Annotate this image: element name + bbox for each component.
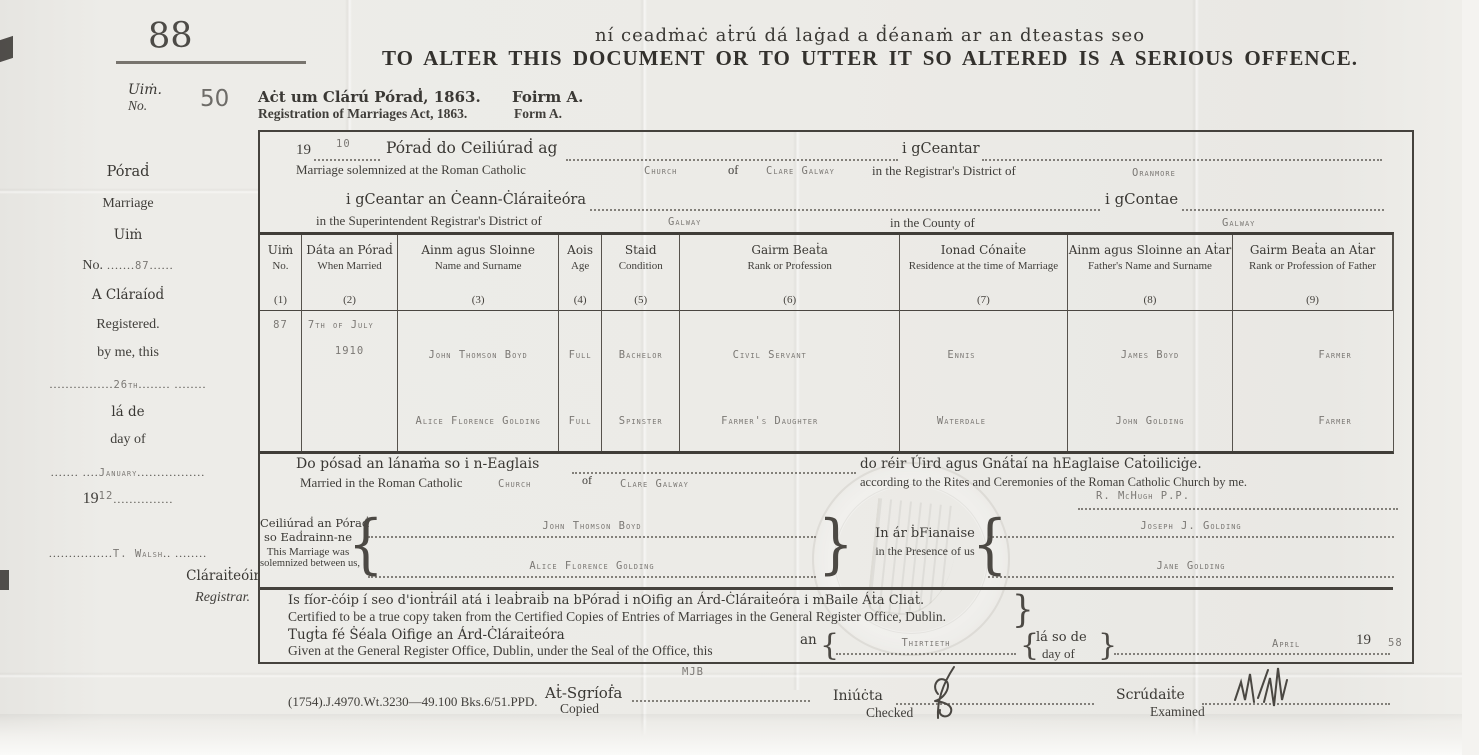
checked-label-irish: Iniúċta	[833, 688, 883, 704]
bride-father-profession: Farmer	[1277, 415, 1393, 427]
header-english: Residence at the time of Marriage	[900, 260, 1067, 273]
cell-residence: Ennis Waterdale	[900, 311, 1068, 451]
given-irish: Tugṫa fé Ṡéala Oifige an Árd-Ċláraiṫeóra	[288, 627, 565, 643]
bride-residence: Waterdale	[856, 415, 1067, 427]
parties-label-irish-1: Ceiliúraḋ an Póraḋ	[260, 516, 356, 530]
leader-dots: ................	[49, 546, 113, 560]
form-rule	[1202, 703, 1390, 705]
corner-no-value: 50	[200, 86, 229, 112]
rites-english-b: according to the Rites and Ceremonies of…	[860, 475, 1247, 490]
act-title-english: Registration of Marriages Act, 1863.	[258, 106, 467, 122]
cell-father-profession: Farmer Farmer	[1233, 311, 1393, 451]
signature-rule	[368, 536, 816, 538]
church-word: Church	[498, 478, 531, 490]
scan-right-edge	[1462, 0, 1479, 755]
given-year-value: 58	[1388, 637, 1403, 649]
margin-registered-day-line: ................26th........ ........	[40, 375, 216, 393]
certification-irish: Is fíor-ċóip í seo d'ionṫráil atá i leaḃ…	[288, 593, 924, 608]
form-rule	[590, 209, 1100, 211]
header-number: (9)	[1233, 294, 1392, 306]
bride-name: Alice Florence Golding	[398, 415, 558, 427]
cell-father-name: James Boyd John Golding	[1068, 311, 1233, 451]
margin-day-of-english: day of	[40, 432, 216, 448]
copied-label-irish: Aṫ-Sgríoḟa	[545, 684, 622, 702]
leader-dots: .......	[107, 258, 135, 272]
signature-rule	[988, 576, 1394, 578]
registrars-district: Oranmore	[1132, 167, 1176, 179]
paper-bottom-edge	[0, 714, 1479, 755]
form-rule	[572, 472, 856, 474]
header-number: (3)	[398, 294, 558, 306]
solemnized-english-1a: Marriage solemnized at the Roman Catholi…	[296, 162, 526, 178]
solemnized-irish-1a: Póraḋ do Ceiliúraḋ ag	[386, 139, 557, 157]
marriage-certificate-scan: 88 Uiṁ. No. 50 ní ceadṁaċ aṫrú dá laġad …	[0, 0, 1479, 755]
cell-condition: Bachelor Spinster	[602, 311, 680, 451]
witness-2-signature: Jane Golding	[988, 560, 1394, 572]
header-english: Condition	[602, 260, 679, 273]
header-irish: Ionad Cónaiṫe	[900, 244, 1067, 258]
county-value: Galway	[1222, 217, 1255, 229]
certification-english: Certified to be a true copy taken from t…	[288, 609, 946, 625]
close-brace	[818, 507, 854, 582]
act-title-irish: Aċt um Clárú Póraḋ, 1863.	[258, 88, 481, 106]
margin-registered-month-line: ....... ....January.................	[40, 463, 216, 481]
header-number: (2)	[302, 294, 397, 306]
column-header: AoisAge(4)	[559, 235, 602, 311]
leader-dots: ................	[49, 377, 113, 391]
form-rule	[1182, 209, 1384, 211]
warning-english: TO ALTER THIS DOCUMENT OR TO UTTER IT SO…	[380, 46, 1360, 71]
header-english: Name and Surname	[398, 260, 558, 273]
cell-entry-no: 87	[260, 311, 302, 451]
margin-marriage-irish: Póraḋ	[40, 164, 216, 180]
column-header: Ainm agus SloinneName and Surname(3)	[398, 235, 559, 311]
signature-rule	[368, 576, 816, 578]
rites-english-a: Married in the Roman Catholic	[300, 475, 462, 491]
given-year-prefix: 19	[1356, 632, 1371, 649]
copied-initials: MJB	[682, 666, 704, 678]
bride-age: Full	[559, 415, 601, 427]
header-english: Rank or Profession	[680, 260, 899, 273]
given-english: Given at the General Register Office, Du…	[288, 643, 713, 659]
margin-entry-no-value: 87	[135, 260, 150, 272]
groom-name: John Thomson Boyd	[398, 349, 558, 361]
la-so-de-irish: lá so de	[1036, 630, 1087, 645]
superintendent-district: Galway	[668, 216, 701, 228]
checked-label-english: Checked	[866, 705, 913, 721]
church-name: Clare Galway	[766, 165, 835, 177]
margin-marriage-english: Marriage	[40, 196, 216, 212]
rites-irish-a: Do pósaḋ an lánaṁa so i n-Eaglais	[296, 456, 539, 472]
rites-irish-b: do réir Úird agus Gnáṫaí na hEaglaise Ca…	[860, 456, 1202, 472]
close-brace	[1098, 628, 1117, 663]
cell-profession: Civil Servant Farmer's Daughter	[680, 311, 900, 451]
header-english: Age	[559, 260, 601, 273]
paper-crease	[0, 188, 258, 194]
header-number: (7)	[900, 294, 1067, 306]
header-irish: Gairm Beaṫa	[680, 244, 899, 258]
scan-artifact	[0, 36, 13, 62]
margin-no-english: No.	[82, 258, 103, 273]
year-prefix: 19	[83, 490, 99, 507]
groom-father-profession: Farmer	[1277, 349, 1393, 361]
of-word: of	[728, 163, 738, 178]
margin-by-me-this: by me, this	[40, 345, 216, 361]
given-day-value: Thirtieth	[836, 637, 1016, 649]
section-rule	[260, 587, 1393, 590]
column-header: Gairm Beaṫa an AṫarRank or Profession of…	[1233, 235, 1393, 311]
entry-no: 87	[260, 319, 301, 331]
examined-label-irish: Scrúdaiṫe	[1116, 687, 1185, 703]
corner-no-label-irish: Uiṁ.	[128, 82, 162, 98]
header-english: Rank or Profession of Father	[1233, 260, 1392, 273]
leader-dots: ....... ....	[51, 465, 99, 479]
form-rule	[982, 159, 1382, 161]
header-english: When Married	[302, 260, 397, 273]
act-form-irish: Foirm A.	[512, 88, 583, 106]
parties-label: Ceiliúraḋ an Póraḋ so Eaḋrainn-ne This M…	[260, 516, 356, 569]
solemnized-irish-2a: i gCeantar an Ċeann-Ċláraiṫeóra	[346, 192, 586, 208]
column-header: Dáta an PóraḋWhen Married(2)	[302, 235, 398, 311]
registered-month-value: January	[99, 467, 138, 479]
parties-label-irish-2: so Eaḋrainn-ne	[260, 530, 356, 544]
checked-signature	[922, 664, 972, 722]
solemnized-irish-1b: i gCeantar	[902, 141, 980, 157]
parties-label-english-2: solemnized between us,	[260, 558, 356, 569]
header-number: (8)	[1068, 294, 1232, 306]
certificate-box: 19 10 Póraḋ do Ceiliúraḋ ag i gCeantar M…	[258, 130, 1414, 664]
margin-registered-year-line: 1912...............	[40, 490, 216, 508]
leader-dots: .. ........	[163, 546, 207, 560]
leader-dots: .................	[137, 465, 205, 479]
margin-la-de-irish: lá de	[40, 404, 216, 420]
solemnized-year-prefix: 19	[296, 142, 311, 159]
leader-dots: ...............	[113, 492, 173, 506]
header-english: No.	[260, 260, 301, 273]
parties-label-english-1: This Marriage was	[260, 546, 356, 558]
margin-registrar-irish: Cláraiṫeóir	[110, 568, 260, 584]
form-rule	[566, 159, 898, 161]
header-irish: Staid	[602, 244, 679, 258]
examined-signature	[1232, 662, 1296, 714]
solemnized-english-1b: in the Registrar's District of	[872, 163, 1016, 179]
registrar-signature: T. Walsh	[113, 548, 163, 560]
header-number: (4)	[559, 294, 601, 306]
handwritten-sheet-number: 88	[147, 15, 193, 56]
margin-registrar-english: Registrar.	[110, 590, 250, 606]
given-month-value: April	[1272, 638, 1300, 650]
examined-label-english: Examined	[1150, 704, 1205, 720]
header-irish: Ainm agus Sloinne	[398, 244, 558, 258]
header-number: (1)	[260, 294, 301, 306]
column-header: StaidCondition(5)	[602, 235, 680, 311]
when-married-year: 1910	[302, 345, 397, 357]
cell-age: Full Full	[559, 311, 602, 451]
form-rule	[1078, 508, 1398, 510]
bride-signature: Alice Florence Golding	[368, 560, 816, 572]
groom-age: Full	[559, 349, 601, 361]
corner-no-label-english: No.	[128, 98, 147, 114]
register-table: UiṁNo.(1) Dáta an PóraḋWhen Married(2) A…	[260, 232, 1394, 454]
column-header: Gairm BeaṫaRank or Profession(6)	[680, 235, 900, 311]
groom-signature: John Thomson Boyd	[368, 520, 816, 532]
header-irish: Aois	[559, 244, 601, 258]
copied-label-english: Copied	[560, 701, 599, 717]
form-rule	[836, 653, 1016, 655]
solemnized-english-2b: in the County of	[890, 215, 975, 231]
of-word: of	[582, 473, 592, 488]
registered-year-value: 12	[99, 490, 114, 502]
scan-artifact	[0, 570, 9, 590]
corner-rule	[116, 61, 306, 64]
form-rule	[632, 700, 810, 702]
church-name: Clare Galway	[620, 478, 689, 490]
celebrant-signature: R. McHugh P.P.	[1096, 490, 1190, 502]
cell-when-married: 7th of July 1910	[302, 311, 398, 451]
cell-name: John Thomson Boyd Alice Florence Golding	[398, 311, 559, 451]
margin-no-irish: Uiṁ	[40, 227, 216, 243]
solemnized-english-2a: in the Superintendent Registrar's Distri…	[316, 213, 542, 229]
groom-residence: Ennis	[856, 349, 1067, 361]
church-word: Church	[644, 165, 677, 177]
warning-irish: ní ceadṁaċ aṫrú dá laġad a ḋéanaṁ ar an …	[450, 25, 1290, 46]
column-header: Ainm agus Sloinne an AṫarFather's Name a…	[1068, 235, 1233, 311]
column-header: Ionad CónaiṫeResidence at the time of Ma…	[900, 235, 1068, 311]
leader-dots: ......	[150, 258, 174, 272]
day-of-english: day of	[1042, 646, 1075, 662]
header-irish: Uiṁ	[260, 244, 301, 258]
solemnized-irish-2b: i gContae	[1105, 190, 1178, 208]
signature-rule	[988, 536, 1394, 538]
header-irish: Gairm Beaṫa an Aṫar	[1233, 244, 1392, 258]
header-number: (6)	[680, 294, 899, 306]
margin-registrar-signature-line: ................T. Walsh.. ........	[40, 544, 216, 562]
header-english: Father's Name and Surname	[1068, 260, 1232, 273]
header-irish: Dáta an Póraḋ	[302, 244, 397, 258]
form-rule	[1114, 653, 1390, 655]
margin-entry-no-line: No. .......87......	[40, 256, 216, 274]
header-number: (5)	[602, 294, 679, 306]
print-code: (1754).J.4970.Wt.3230—49.100 Bks.6/51.PP…	[288, 694, 538, 710]
close-brace	[1012, 588, 1034, 632]
leader-dots: ........ ........	[139, 377, 207, 391]
margin-registered-english: Registered.	[40, 317, 216, 333]
solemnized-year-value: 10	[336, 138, 351, 150]
registered-day-value: 26th	[113, 379, 138, 391]
groom-father: James Boyd	[1068, 349, 1232, 361]
margin-registered-irish: A Cláraíoḋ	[40, 287, 216, 303]
when-married-day: 7th of July	[308, 319, 374, 331]
act-form-english: Form A.	[514, 106, 562, 122]
bride-father: John Golding	[1068, 415, 1232, 427]
an-word: an	[800, 632, 817, 648]
form-rule	[314, 159, 380, 161]
header-irish: Ainm agus Sloinne an Aṫar	[1068, 244, 1232, 258]
witness-1-signature: Joseph J. Golding	[988, 520, 1394, 532]
column-header: UiṁNo.(1)	[260, 235, 302, 311]
